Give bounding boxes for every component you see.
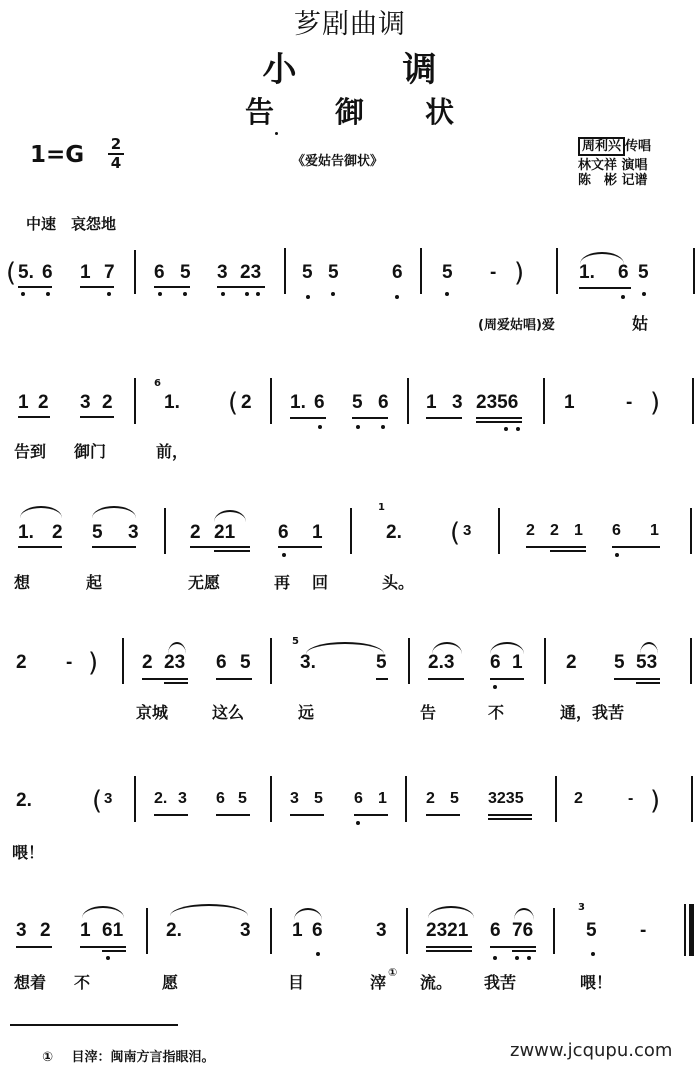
note: 2 (102, 392, 113, 414)
note: 5 (238, 790, 247, 808)
note: 3 (290, 790, 299, 808)
barline (408, 638, 410, 684)
lyric: 喂！ (580, 970, 612, 993)
note: 1 (512, 652, 523, 674)
barline (693, 248, 695, 294)
note: 21 (214, 522, 235, 544)
note: 2 (190, 522, 201, 544)
note: 5 (352, 392, 363, 414)
note: 2356 (476, 392, 518, 414)
note: 6 (154, 262, 165, 284)
barline (692, 378, 694, 424)
grace-note: 3 (578, 902, 585, 913)
note: 1 (80, 920, 91, 942)
note: 5 (314, 790, 323, 808)
note: 6 (314, 392, 325, 414)
note: 5 (614, 652, 625, 674)
note: 2. (166, 920, 182, 942)
score-row-6: 3 2 1 61 2. 3 1 6 3 2321 6 76 3 5 - 想着 不… (0, 880, 700, 1000)
transmitter-name: 周利兴 (578, 137, 625, 156)
note: 2 (16, 652, 27, 674)
note: 6 (216, 790, 225, 808)
barline (134, 250, 136, 294)
score-row-4: 2 - ) 2 23 6 5 5 3. 5 2.3 6 1 2 5 53 京城 … (0, 620, 700, 740)
barline (691, 776, 693, 822)
lyric: 愿 (162, 970, 178, 993)
note: 3 (178, 790, 187, 808)
note: 23 (240, 262, 261, 284)
note: 1 (80, 262, 91, 284)
footnote-text: 目滓：闽南方言指眼泪。 (72, 1050, 215, 1065)
grace-note: 5 (292, 636, 299, 647)
note: 2 (40, 920, 51, 942)
note: 7 (104, 262, 115, 284)
note: 1 (574, 522, 583, 540)
lyric: 告 (420, 700, 436, 723)
piece-title: 告 御 状 (0, 90, 700, 131)
note: 5 (376, 652, 387, 674)
open-paren: ( (228, 388, 238, 418)
barline (270, 776, 272, 822)
note: 1 (18, 392, 29, 414)
note: 5 (450, 790, 459, 808)
note: 6 (312, 920, 323, 942)
lyric: 不 (74, 970, 90, 993)
grace-note: 6 (154, 378, 161, 389)
time-signature: 2 4 (108, 137, 124, 171)
note: 3 (240, 920, 251, 942)
barline (553, 908, 555, 954)
note: 6 (354, 790, 363, 808)
transmitter-role: 传唱 (625, 139, 651, 154)
note: 1 (564, 392, 575, 414)
lyric: 我苦 (484, 970, 516, 993)
lyric: 流。 (420, 970, 452, 993)
note: 6 (490, 652, 501, 674)
open-paren: ( (450, 518, 460, 548)
footnote-ref: ① (388, 966, 397, 979)
barline (146, 908, 148, 954)
barline (555, 776, 557, 822)
footnote: ① 目滓：闽南方言指眼泪。 (42, 1046, 215, 1065)
note: 6 (618, 262, 629, 284)
footnote-divider (10, 1024, 178, 1026)
note: - (640, 920, 646, 942)
lyric: 不 (488, 700, 504, 723)
barline (350, 508, 352, 554)
lyric: 京城 (136, 700, 168, 723)
note: 76 (512, 920, 533, 942)
barline (544, 638, 546, 684)
note: 3 (16, 920, 27, 942)
score-row-1: ( 5. 6 1 7 6 5 3 23 5 5 6 5 - ) 1. 6 5 (… (0, 240, 700, 360)
barline (405, 776, 407, 822)
tempo-marking: 中速 哀怨地 (26, 213, 116, 234)
note: 6 (612, 522, 621, 540)
grace-note: 1 (378, 502, 385, 513)
score-row-2: 1 2 3 2 6 1. ( 2 1. 6 5 6 1 3 2356 1 - )… (0, 370, 700, 490)
barline (498, 508, 500, 554)
barline (556, 248, 558, 294)
note: 1 (378, 790, 387, 808)
watermark: zwww.jcqupu.com (510, 1040, 672, 1061)
lyric: 头。 (382, 570, 414, 593)
final-barline-thick (689, 904, 694, 956)
barline (270, 908, 272, 954)
time-numerator: 2 (111, 135, 121, 153)
open-paren: ( (6, 258, 16, 288)
note: 2.3 (428, 652, 454, 674)
note: 2 (426, 790, 435, 808)
lyric: 想 (14, 570, 30, 593)
note: - (626, 392, 632, 414)
lyric: 滓 (370, 970, 386, 993)
barline (690, 638, 692, 684)
note: 1. (579, 262, 595, 284)
barline (543, 378, 545, 424)
note: 61 (102, 920, 123, 942)
note: 1 (312, 522, 323, 544)
note: 2 (574, 790, 583, 808)
open-paren: ( (92, 786, 102, 816)
source-play: 《爱姑告御状》 (292, 150, 383, 169)
lyric: 前， (156, 439, 188, 462)
note: 2 (142, 652, 153, 674)
note: - (490, 262, 496, 284)
note: 2. (154, 790, 167, 808)
close-paren: ) (650, 388, 660, 418)
note: 3 (463, 522, 471, 539)
note: 5 (586, 920, 597, 942)
note: - (628, 790, 633, 808)
note: 2 (38, 392, 49, 414)
barline (134, 378, 136, 424)
lyric: 通，我苦 (560, 700, 624, 723)
note: 3 (80, 392, 91, 414)
footnote-marker: ① (42, 1050, 53, 1065)
note: 1. (164, 392, 180, 414)
note: 2 (241, 392, 252, 414)
note: 2321 (426, 920, 468, 942)
note: 2 (526, 522, 535, 540)
note: 1 (650, 522, 659, 540)
close-paren: ) (650, 786, 660, 816)
lyric: 回 (312, 570, 328, 593)
note: 2 (550, 522, 559, 540)
note: 6 (216, 652, 227, 674)
note: 1. (18, 522, 34, 544)
note: 5 (240, 652, 251, 674)
note: 6 (378, 392, 389, 414)
lyric: 无愿 (188, 570, 220, 593)
note: 5 (180, 262, 191, 284)
barline (406, 908, 408, 954)
note: 5 (442, 262, 453, 284)
recorder-line: 陈 彬 记谱 (578, 171, 651, 190)
note: 3 (376, 920, 387, 942)
lyric: 这么 (212, 700, 244, 723)
lyric: 远 (298, 700, 314, 723)
note: 2. (16, 790, 32, 812)
lyric: 喂！ (12, 840, 44, 863)
note: 1 (426, 392, 437, 414)
close-paren: ) (88, 648, 98, 678)
note: 5 (328, 262, 339, 284)
barline (270, 638, 272, 684)
note: 53 (636, 652, 657, 674)
lyric: 姑 (632, 311, 648, 334)
barline (270, 378, 272, 424)
note: 2 (566, 652, 577, 674)
note: 6 (278, 522, 289, 544)
note: 1. (290, 392, 306, 414)
note: 5 (638, 262, 649, 284)
lyric: 再 (274, 570, 290, 593)
close-paren: ) (514, 258, 524, 288)
note: 5. (18, 262, 34, 284)
note: 3 (104, 790, 112, 807)
lyric: 告到 (14, 439, 46, 462)
note: 6 (490, 920, 501, 942)
lyric: 御门 (74, 439, 106, 462)
note: 3 (452, 392, 463, 414)
barline (164, 508, 166, 554)
note: 6 (42, 262, 53, 284)
lyric: (周爱姑唱)爱 (478, 314, 555, 333)
lyric: 想着 (14, 970, 46, 993)
credits: 周利兴传唱 林文祥 演唱 陈 彬 记谱 (578, 137, 651, 190)
tune-title: 小 调 (0, 42, 700, 91)
lyric: 起 (86, 570, 102, 593)
lyric: 目 (288, 970, 304, 993)
barline (407, 378, 409, 424)
barline (122, 638, 124, 684)
note: 1 (292, 920, 303, 942)
time-denominator: 4 (111, 154, 121, 172)
barline (284, 248, 286, 294)
note: 5 (92, 522, 103, 544)
note: 3235 (488, 790, 524, 808)
genre-title: 芗剧曲调 (0, 2, 700, 41)
note: 6 (392, 262, 403, 284)
barline (420, 248, 422, 294)
score-row-5: 2. ( 3 2. 3 6 5 3 5 6 1 2 5 3235 2 - ) 喂… (0, 760, 700, 880)
note: 3. (300, 652, 316, 674)
barline (690, 508, 692, 554)
center-dot (275, 132, 278, 135)
final-barline-thin (684, 904, 686, 956)
note: 2. (386, 522, 402, 544)
note: 3 (217, 262, 228, 284)
note: 5 (302, 262, 313, 284)
score-row-3: 1. 2 5 3 2 21 6 1 1 2. ( 3 2 2 1 6 1 想 起… (0, 490, 700, 610)
note: 23 (164, 652, 185, 674)
note: - (66, 652, 72, 674)
key-signature: 1=G (30, 142, 84, 168)
note: 3 (128, 522, 139, 544)
barline (134, 776, 136, 822)
note: 2 (52, 522, 63, 544)
